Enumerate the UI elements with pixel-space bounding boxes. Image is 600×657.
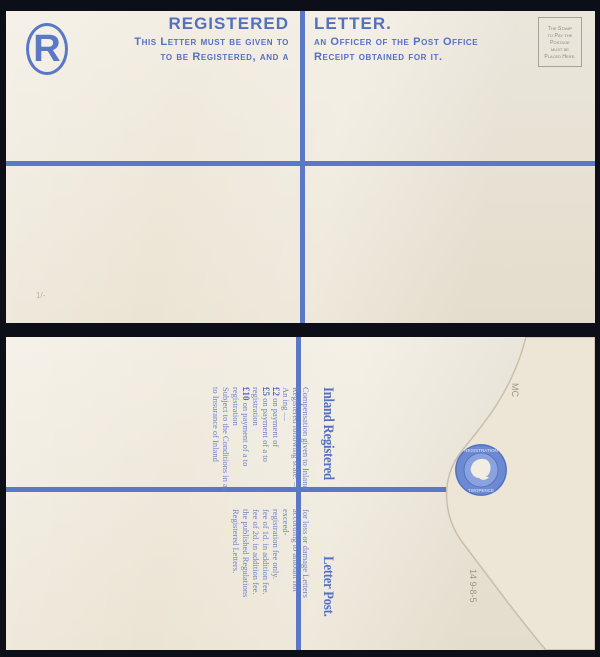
instruction-left-line-2: to be Registered, and a: [161, 51, 289, 63]
amount-text: on payment of a to registration: [251, 387, 271, 462]
notice-title: Inland Registered Letter Post.: [319, 387, 336, 617]
title-right: Letter Post.: [319, 556, 336, 616]
notice-intro: Compensation given to Inland Registered …: [281, 387, 311, 495]
stamp-box-line: must be: [539, 47, 581, 54]
amount: £10: [241, 387, 251, 401]
fee-line: fee of 1d. in addition fee.: [261, 509, 271, 617]
notice-column-left: Compensation given to Inland Registered …: [211, 387, 311, 495]
instruction-right-line-1: an Officer of the Post Office: [314, 36, 478, 48]
svg-text:TWOPENCE: TWOPENCE: [468, 488, 494, 493]
amount-text: on payment of: [271, 398, 281, 447]
registered-r-icon: R: [26, 23, 68, 75]
heading-registered: REGISTERED: [168, 14, 289, 34]
fee-line: registration fee only.: [271, 509, 281, 617]
stamp-box-line: to Pay the: [539, 33, 581, 40]
pencil-mark: 14 9-8-5: [468, 569, 478, 603]
notice-footer: the published Regulations Registered Let…: [231, 509, 251, 617]
pencil-mark: MC: [510, 383, 520, 397]
stamp-box-line: Placed Here.: [539, 54, 581, 61]
notice-column-right: for loss or damage Letters according to …: [211, 509, 311, 617]
registration-band-vertical: [300, 11, 305, 323]
stamp-placement-box: The Stamp to Pay the Postage must be Pla…: [538, 17, 582, 67]
stamp-box-line: The Stamp: [539, 26, 581, 33]
instruction-right-line-2: Receipt obtained for it.: [314, 51, 443, 63]
stamp-box-line: Postage: [539, 40, 581, 47]
registration-band-horizontal: [6, 161, 595, 166]
instruction-left-line-1: This Letter must be given to: [134, 36, 289, 48]
notice-footer: Subject to the Conditions in as to Insur…: [211, 387, 231, 495]
amount: £5: [261, 387, 271, 396]
fee-line: fee of 2d. in addition fee.: [251, 509, 261, 617]
pencil-note: 1/-: [36, 291, 45, 300]
heading-letter: LETTER.: [314, 14, 392, 34]
compensation-notice: Inland Registered Letter Post. Compensat…: [186, 387, 336, 617]
amount: £2: [271, 387, 281, 396]
notice-intro: for loss or damage Letters according to …: [281, 509, 311, 617]
envelope-back: Inland Registered Letter Post. Compensat…: [6, 337, 595, 650]
title-left: Inland Registered: [319, 387, 336, 480]
embossed-stamp-icon: REGISTRATION TWOPENCE: [454, 443, 508, 497]
svg-text:REGISTRATION: REGISTRATION: [464, 448, 497, 453]
envelope-front: R REGISTERED LETTER. This Letter must be…: [6, 11, 595, 323]
